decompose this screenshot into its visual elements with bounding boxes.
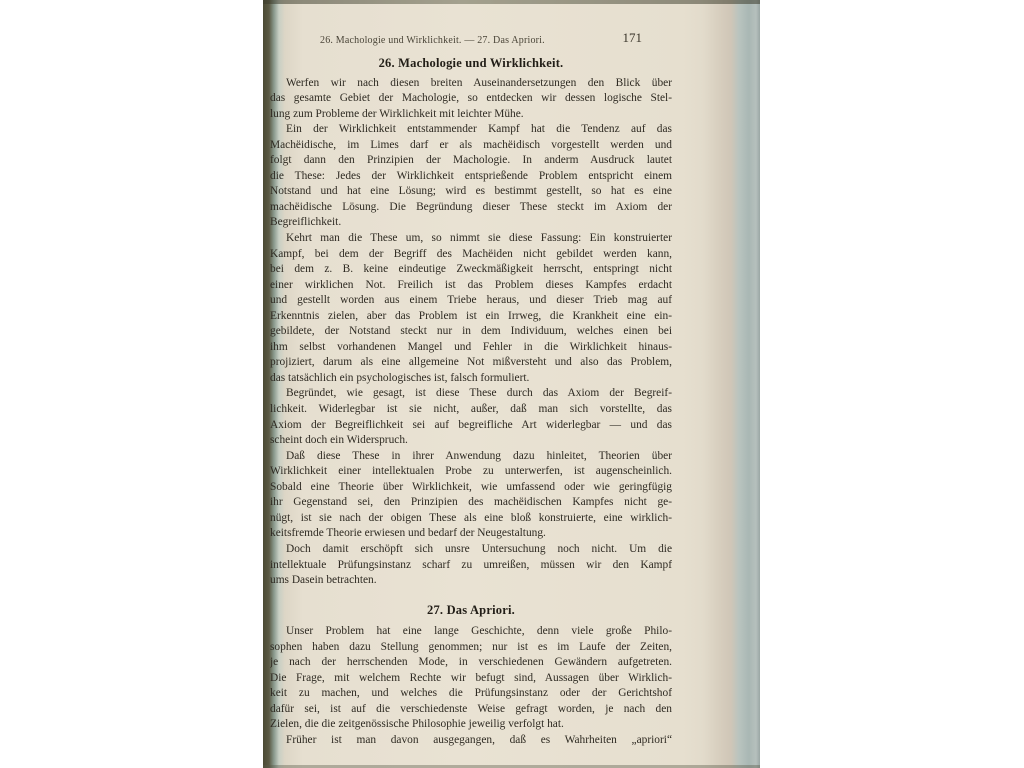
- section-heading-27: 27. Das Apriori.: [270, 603, 672, 619]
- text-line: keitsfremde Theorie erwiesen und bedarf …: [270, 526, 672, 542]
- text-line: gebildete, der Notstand steckt nur in de…: [270, 324, 672, 340]
- text-line: Begründet, wie gesagt, ist diese These d…: [270, 386, 672, 402]
- text-line: Unser Problem hat eine lange Geschichte,…: [270, 624, 672, 640]
- text-line: Daß diese These in ihrer Anwendung dazu …: [270, 449, 672, 465]
- text-line: ihm selbst vorhandenen Mangel und Fehler…: [270, 340, 672, 356]
- text-line: Zielen, die die zeitgenössische Philosop…: [270, 717, 672, 733]
- text-line: bei dem z. B. keine eindeutige Zweckmäßi…: [270, 262, 672, 278]
- text-line: Begreiflichkeit.: [270, 215, 672, 231]
- text-line: und gestellt worden aus einem Triebe her…: [270, 293, 672, 309]
- text-line: Werfen wir nach diesen breiten Auseinand…: [270, 76, 672, 92]
- text-line: keit zu machen, und welches die Prüfungs…: [270, 686, 672, 702]
- text-line: Die Frage, mit welchem Rechte wir befugt…: [270, 671, 672, 687]
- text-line: Kampf, bei dem der Begriff des Machëiden…: [270, 247, 672, 263]
- text-line: projiziert, darum als eine allgemeine No…: [270, 355, 672, 371]
- text-line: dafür sei, ist auf die verschiedenste We…: [270, 702, 672, 718]
- section-27-body: Unser Problem hat eine lange Geschichte,…: [270, 624, 672, 748]
- text-line: Doch damit erschöpft sich unsre Untersuc…: [270, 542, 672, 558]
- text-line: folgt dann den Prinzipien der Machologie…: [270, 153, 672, 169]
- text-line: lichkeit. Widerlegbar ist sie nicht, auß…: [270, 402, 672, 418]
- text-line: Axiom der Begreiflichkeit sei auf begrei…: [270, 418, 672, 434]
- text-line: Erkenntnis zielen, aber das Problem ist …: [270, 309, 672, 325]
- text-line: je nach der herrschenden Mode, in versch…: [270, 655, 672, 671]
- section-26-body: Werfen wir nach diesen breiten Auseinand…: [270, 76, 672, 589]
- text-line: Kehrt man die These um, so nimmt sie die…: [270, 231, 672, 247]
- text-line: das tatsächlich ein psychologisches ist,…: [270, 371, 672, 387]
- text-line: Notstand und hat eine Lösung; wird es be…: [270, 184, 672, 200]
- page-number: 171: [623, 30, 643, 46]
- book-page-text: 26. Machologie und Wirklichkeit. — 27. D…: [270, 30, 672, 749]
- text-line: lung zum Probleme der Wirklichkeit mit l…: [270, 107, 672, 123]
- text-line: nügt, ist sie nach der obigen These als …: [270, 511, 672, 527]
- text-line: die These: Jedes der Wirklichkeit entspr…: [270, 169, 672, 185]
- section-heading-26: 26. Machologie und Wirklichkeit.: [270, 56, 672, 72]
- text-line: ums Dasein betrachten.: [270, 573, 672, 589]
- text-line: machëidische Lösung. Die Begründung dies…: [270, 200, 672, 216]
- text-line: Ein der Wirklichkeit entstammender Kampf…: [270, 122, 672, 138]
- text-line: Sobald eine Theorie über Wirklichkeit, w…: [270, 480, 672, 496]
- text-line: sophen haben dazu Stellung genommen; nur…: [270, 640, 672, 656]
- running-head: 26. Machologie und Wirklichkeit. — 27. D…: [270, 30, 672, 48]
- text-line: Machëidische, im Limes darf er als machë…: [270, 138, 672, 154]
- text-line: das gesamte Gebiet der Machologie, so en…: [270, 91, 672, 107]
- text-line: scheint doch ein Widerspruch.: [270, 433, 672, 449]
- text-line: ihr Gegenstand sei, den Prinzipien des m…: [270, 495, 672, 511]
- text-line: einer wirklichen Not. Freilich ist das P…: [270, 278, 672, 294]
- running-head-title: 26. Machologie und Wirklichkeit. — 27. D…: [320, 33, 545, 49]
- text-line: intellektuale Prüfungsinstanz scharf zu …: [270, 558, 672, 574]
- text-line: Wirklichkeit einer intellektualen Probe …: [270, 464, 672, 480]
- text-line: Früher ist man davon ausgegangen, daß es…: [270, 733, 672, 749]
